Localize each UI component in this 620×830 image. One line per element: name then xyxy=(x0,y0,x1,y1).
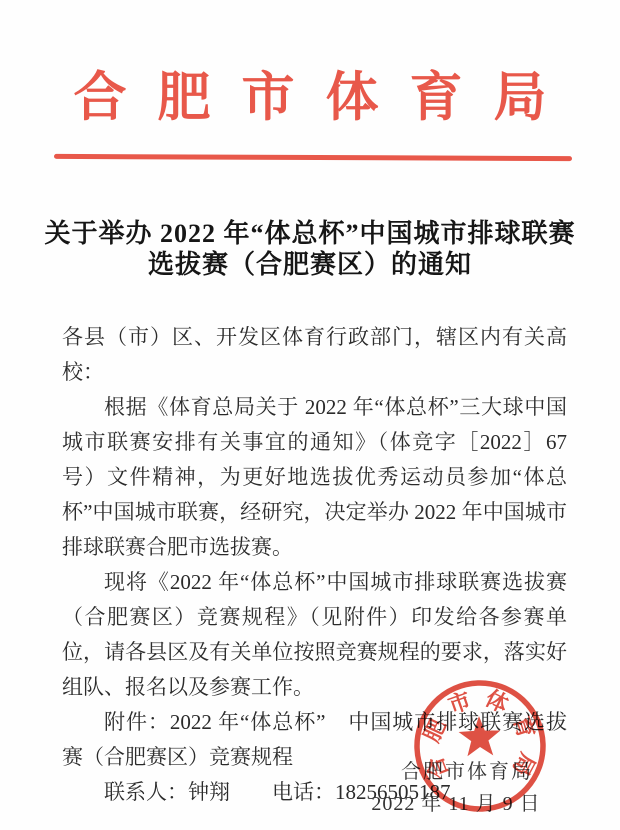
seal-star-icon xyxy=(458,715,501,756)
document-page: 合肥市体育局 关于举办 2022 年“体总杯”中国城市排球联赛 选拔赛（合肥赛区… xyxy=(0,0,620,830)
official-seal: 合肥市体育局 xyxy=(408,674,553,819)
salutation-line: 各县（市）区、开发区体育行政部门，辖区内有关高校： xyxy=(62,320,567,390)
letterhead-divider xyxy=(54,154,572,161)
document-title-line2: 选拔赛（合肥赛区）的通知 xyxy=(30,249,590,280)
letterhead-org-name: 合肥市体育局 xyxy=(0,62,620,134)
body-paragraph: 根据《体育总局关于 2022 年“体总杯”三大球中国城市联赛安排有关事宜的通知》… xyxy=(62,390,567,565)
document-title: 关于举办 2022 年“体总杯”中国城市排球联赛 选拔赛（合肥赛区）的通知 xyxy=(30,218,590,280)
document-title-line1: 关于举办 2022 年“体总杯”中国城市排球联赛 xyxy=(30,218,590,249)
